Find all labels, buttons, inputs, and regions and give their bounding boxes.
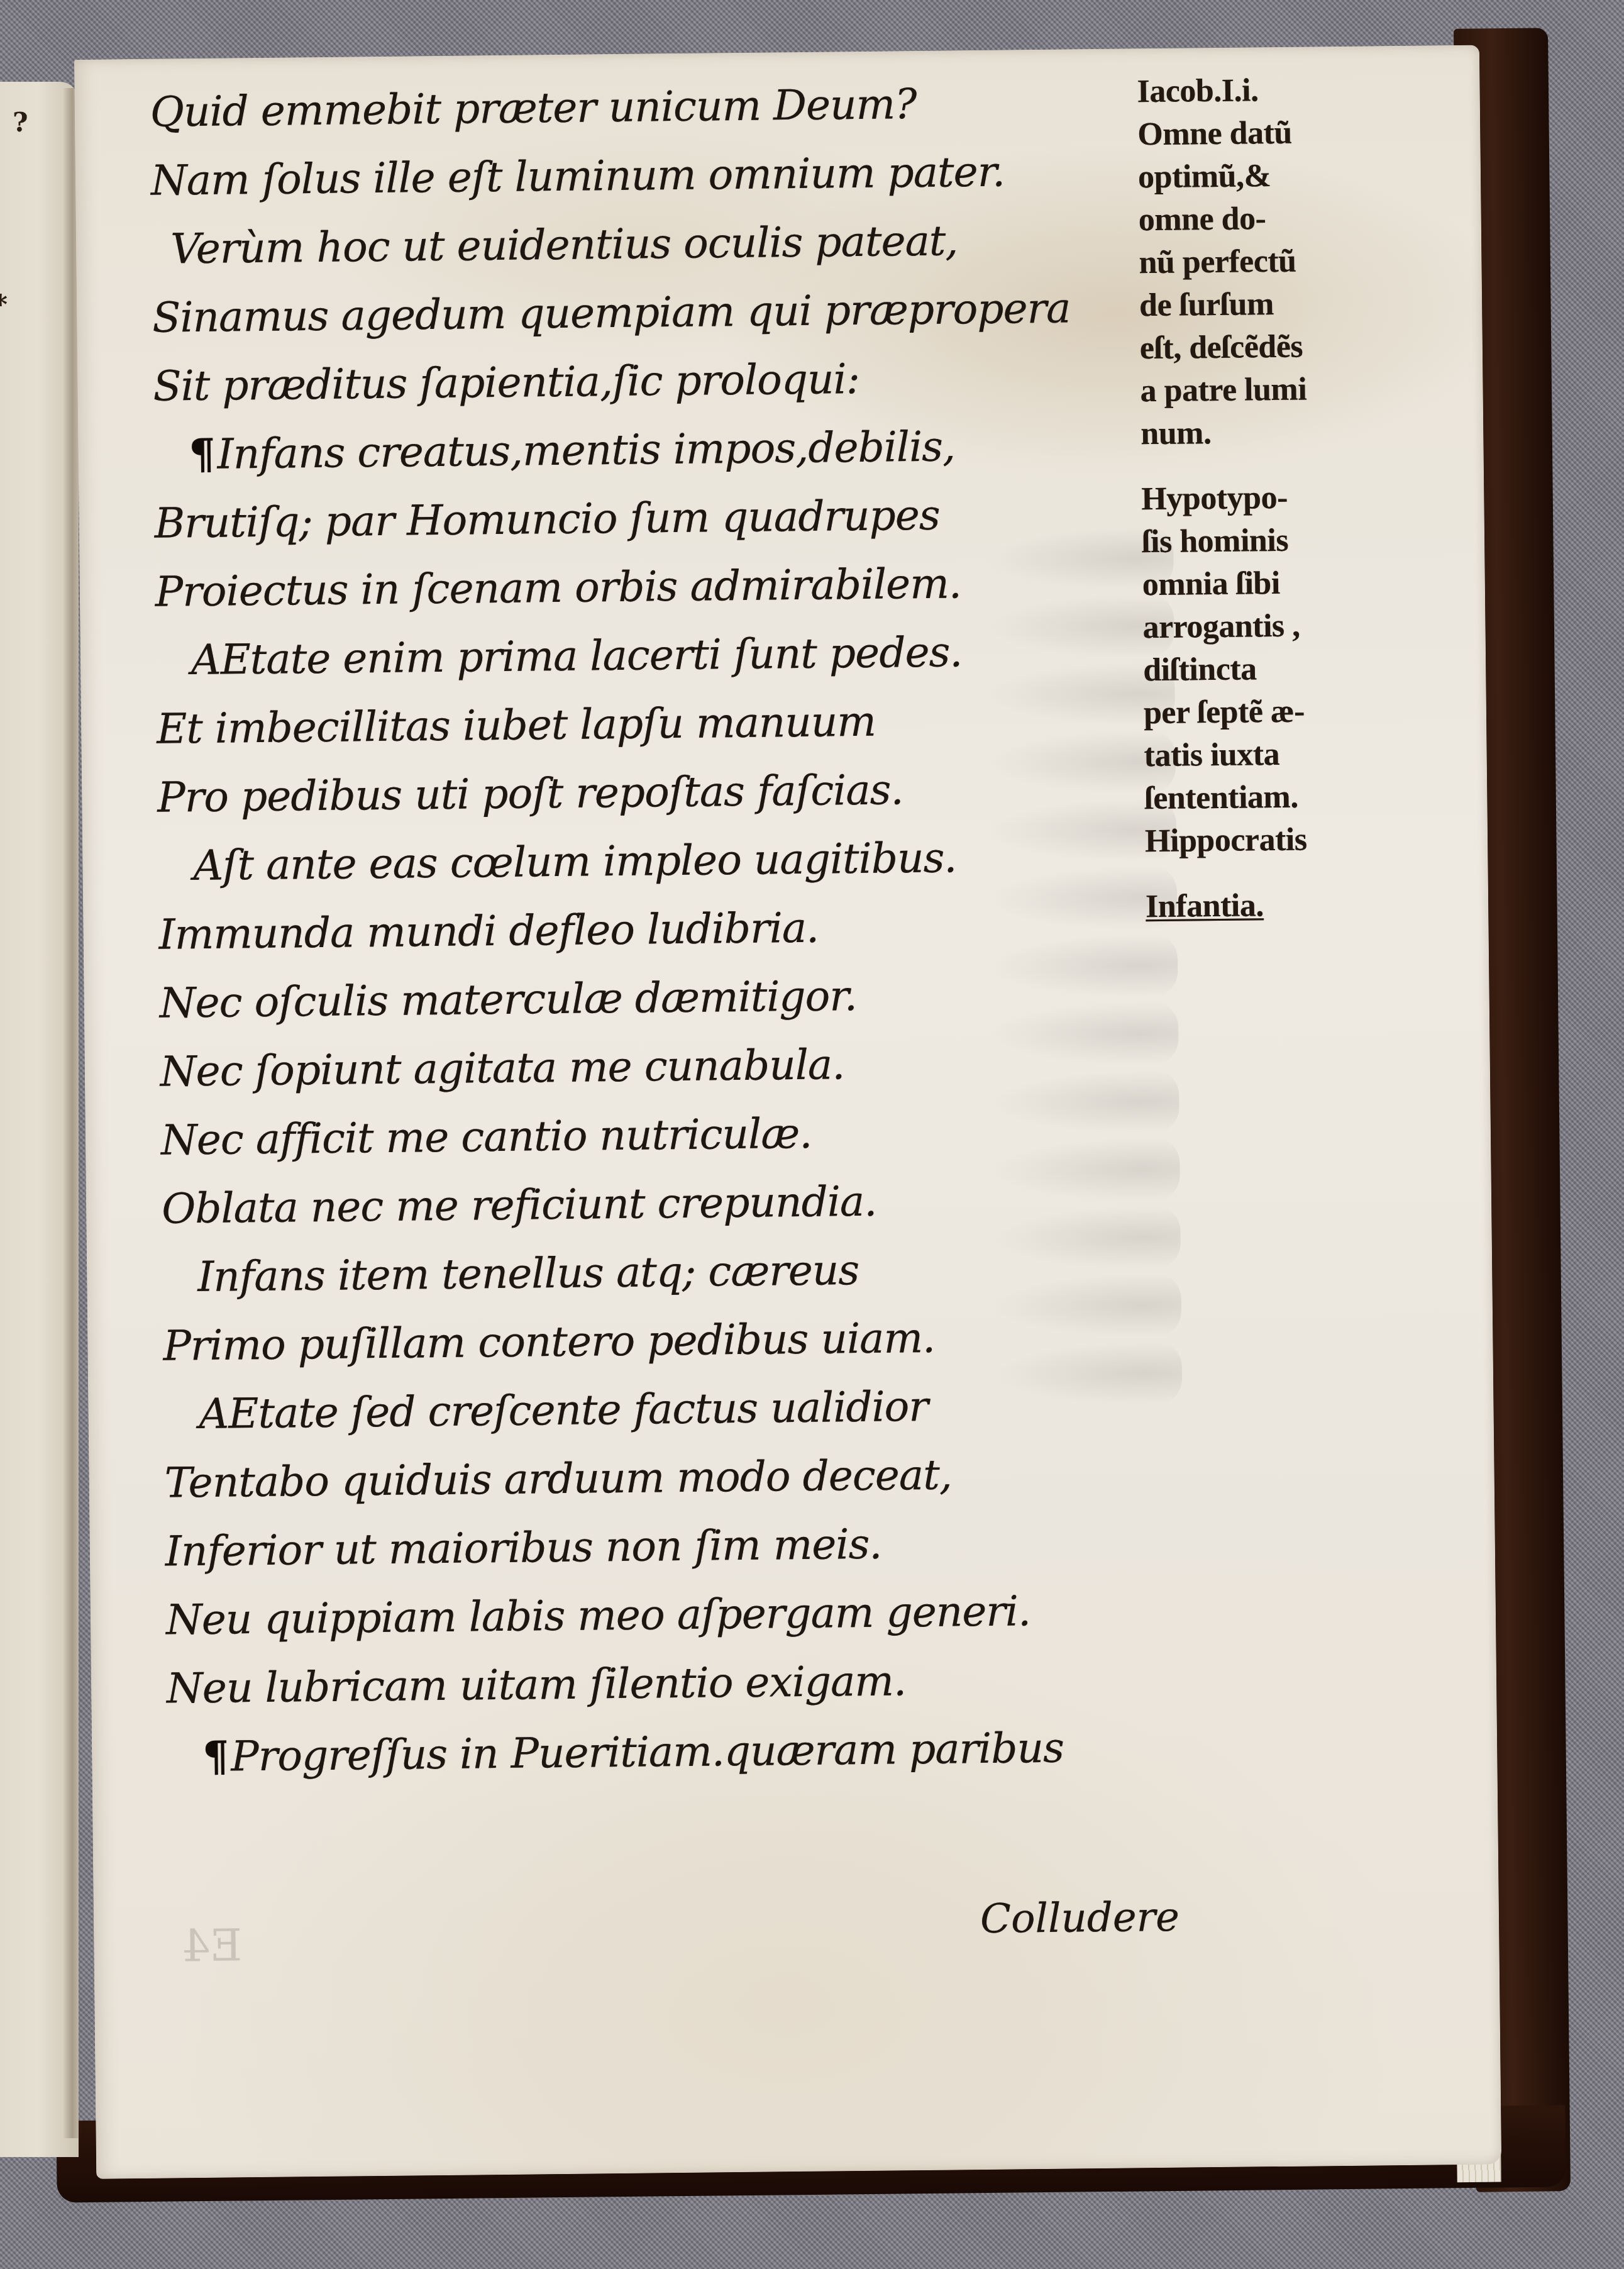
- verse-line: Nec oſculis materculæ dæmitigor.: [159, 958, 1166, 1038]
- verse-line: AEtate enim prima lacerti ſunt pedes.: [155, 616, 1162, 695]
- signature-mark-show-through: E4: [182, 1919, 242, 1972]
- pilcrow-icon: ¶: [189, 430, 215, 479]
- verse-line: Infans item tenellus atq; cæreus: [162, 1233, 1169, 1312]
- marginal-note-james-citation: Iacob.I.i. Omne datũ optimũ,& omne do- n…: [1137, 68, 1405, 455]
- gloss-line: de ſurſum: [1139, 282, 1404, 327]
- verse-line: Inferior ut maioribus non ſim meis.: [165, 1507, 1171, 1586]
- gloss-line: ſis hominis: [1142, 518, 1406, 563]
- verse-line: Oblata nec me reficiunt crepundia.: [162, 1164, 1168, 1243]
- recto-page: E4 Quid emmebit præter unicum Deum? Nam …: [74, 45, 1501, 2179]
- gloss-line: Iacob.I.i.: [1137, 68, 1401, 113]
- verse-line: Neu lubricam uitam ſilentio exigam.: [167, 1644, 1173, 1723]
- verse-line-section-start: ¶Progreſſus in Pueritiam.quæram paribus: [167, 1712, 1174, 1792]
- verse-line: Et imbecillitas iubet lapſu manuum: [157, 684, 1163, 763]
- verse-line: Neu quippiam labis meo aſpergam generi.: [165, 1575, 1172, 1655]
- gloss-line: num.: [1141, 410, 1405, 455]
- gloss-line: diſtincta: [1143, 646, 1408, 692]
- verse-line: Primo puſillam contero pedibus uiam.: [163, 1301, 1169, 1380]
- verse-line-text: Infans creatus,mentis impos,debilis,: [217, 422, 955, 478]
- gloss-line: per ſeptẽ æ-: [1144, 689, 1408, 735]
- left-page-stray-mark: ?: [13, 107, 28, 138]
- verse-line: Tentabo quiduis arduum modo deceat,: [164, 1438, 1171, 1517]
- verse-line: Aſt ante eas cœlum impleo uagitibus.: [158, 821, 1164, 901]
- gloss-line: omnia ſibi: [1142, 561, 1406, 606]
- verse-line: Immunda mundi defleo ludibria.: [158, 890, 1165, 969]
- main-verse-column: Quid emmebit præter unicum Deum? Nam ſol…: [150, 67, 1173, 1792]
- verse-line: Sit præditus ſapientia,ſic proloqui:: [153, 341, 1159, 421]
- pilcrow-icon: ¶: [202, 1732, 229, 1781]
- verse-line: Nec afficit me cantio nutriculæ.: [160, 1096, 1167, 1175]
- verse-line: Quid emmebit præter unicum Deum?: [150, 67, 1156, 147]
- catchword: Colludere: [980, 1894, 1180, 1943]
- gloss-line: Hypotypo-: [1141, 475, 1406, 521]
- marginal-note-hypotyposis: Hypotypo- ſis hominis omnia ſibi arrogan…: [1141, 475, 1409, 863]
- marginal-notes-column: Iacob.I.i. Omne datũ optimũ,& omne do- n…: [1137, 68, 1410, 951]
- verse-line-text: Progreſſus in Pueritiam.quæram paribus: [231, 1724, 1064, 1781]
- verse-line: Sinamus agedum quempiam qui præpropera: [152, 273, 1159, 352]
- gloss-line: ſententiam.: [1144, 775, 1409, 820]
- gloss-line: Hippocratis: [1145, 818, 1410, 863]
- verse-line: Nam ſolus ille eſt luminum omnium pater.: [150, 136, 1157, 215]
- gloss-line: arrogantis ,: [1142, 604, 1407, 649]
- verse-line: Pro pedibus uti poſt repoſtas faſcias.: [157, 753, 1164, 832]
- gloss-line: tatis iuxta: [1144, 732, 1408, 777]
- gloss-line: eſt, deſcẽdẽs: [1140, 325, 1405, 370]
- verse-line: Nec ſopiunt agitata me cunabula.: [160, 1027, 1166, 1106]
- gloss-line: Omne datũ: [1137, 111, 1402, 156]
- section-heading-infantia: Infantia.: [1146, 883, 1410, 928]
- verse-line: Verùm hoc ut euidentius oculis pateat,: [152, 204, 1158, 284]
- verse-line: Proiectus in ſcenam orbis admirabilem.: [155, 547, 1161, 626]
- gloss-line: omne do-: [1138, 196, 1403, 241]
- verse-line-section-start: ¶Infans creatus,mentis impos,debilis,: [153, 410, 1160, 489]
- left-page-stray-mark: *: [0, 289, 8, 320]
- verse-line: Brutiſq; par Homuncio ſum quadrupes: [154, 479, 1161, 558]
- gloss-line: a patre lumi: [1140, 367, 1405, 413]
- verse-line: AEtate ſed creſcente factus ualidior: [163, 1370, 1170, 1449]
- gloss-line: nũ perfectũ: [1139, 239, 1403, 284]
- marginal-note-infantia: Infantia.: [1146, 883, 1410, 928]
- gloss-line: optimũ,&: [1138, 153, 1403, 199]
